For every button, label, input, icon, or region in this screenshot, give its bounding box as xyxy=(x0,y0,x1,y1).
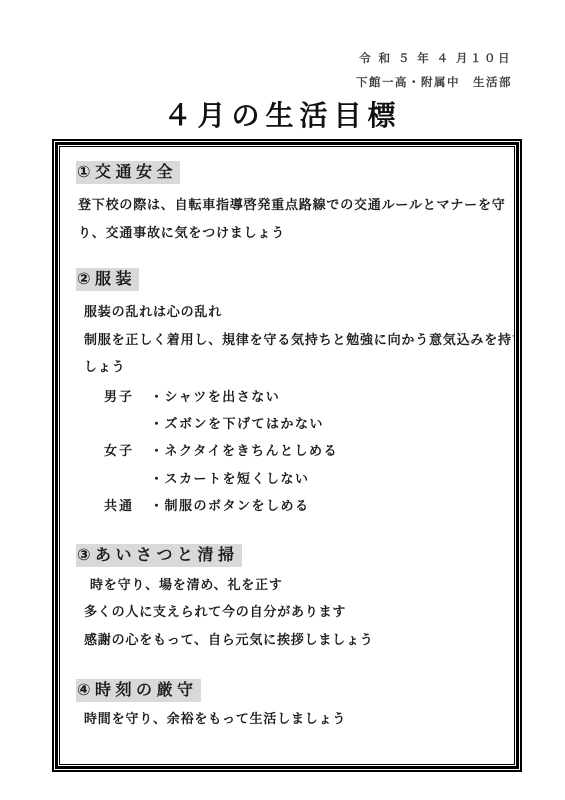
rule-text: ・ズボンを下げてはかない xyxy=(150,416,324,431)
section-punctuality: ④時刻の厳守 時間を守り、余裕をもって生活しましょう xyxy=(76,679,508,733)
section-text-line: 服装の乱れは心の乱れ xyxy=(76,298,508,326)
section-heading-punctuality: ④時刻の厳守 xyxy=(76,679,201,702)
section-traffic-safety: ①交通安全 登下校の際は、自転車指導啓発重点路線での交通ルールとマナーを守 り、… xyxy=(76,161,508,246)
rule-group-label: 女子 xyxy=(104,437,150,464)
section-text-line: 時間を守り、余裕をもって生活しましょう xyxy=(76,705,508,733)
section-heading-dress-code: ②服装 xyxy=(76,268,139,291)
content-frame: ①交通安全 登下校の際は、自転車指導啓発重点路線での交通ルールとマナーを守 り、… xyxy=(52,139,522,772)
rule-text: ・ネクタイをきちんとしめる xyxy=(150,443,338,458)
section-text-line: 時を守り、場を清め、礼を正す xyxy=(76,571,508,599)
page-title: ４月の生活目標 xyxy=(0,94,565,134)
section-text-line: り、交通事故に気をつけましょう xyxy=(76,219,508,247)
rule-text: ・制服のボタンをしめる xyxy=(150,498,310,513)
dress-rule-row: 共通・制服のボタンをしめる xyxy=(104,492,508,519)
rule-group-label: 共通 xyxy=(104,492,150,519)
dress-rule-row: 男子・シャツを出さない xyxy=(104,383,508,410)
rule-text: ・シャツを出さない xyxy=(150,389,280,404)
section-dress-code: ②服装 服装の乱れは心の乱れ 制服を正しく着用し、規律を守る気持ちと勉強に向かう… xyxy=(76,268,508,520)
frame-inner-border: ①交通安全 登下校の際は、自転車指導啓発重点路線での交通ルールとマナーを守 り、… xyxy=(59,146,515,765)
section-text-line: 多くの人に支えられて今の自分があります xyxy=(76,598,508,626)
rule-text: ・スカートを短くしない xyxy=(150,471,310,486)
section-text-line: しょう xyxy=(76,353,508,381)
organization-line: 下館一高・附属中 生活部 xyxy=(356,74,512,90)
date-line: 令 和 ５ 年 ４ 月１０日 xyxy=(356,50,512,66)
dress-rule-list: 男子・シャツを出さない ・ズボンを下げてはかない 女子・ネクタイをきちんとしめる… xyxy=(76,383,508,520)
section-greeting-cleaning: ③あいさつと清掃 時を守り、場を清め、礼を正す 多くの人に支えられて今の自分があ… xyxy=(76,544,508,654)
dress-rule-row: ・ズボンを下げてはかない xyxy=(104,410,508,437)
dress-rule-row: 女子・ネクタイをきちんとしめる xyxy=(104,437,508,464)
dress-rule-row: ・スカートを短くしない xyxy=(104,465,508,492)
document-page: 令 和 ５ 年 ４ 月１０日 下館一高・附属中 生活部 ４月の生活目標 ①交通安… xyxy=(0,0,565,800)
section-text-line: 感謝の心をもって、自ら元気に挨拶しましょう xyxy=(76,626,508,654)
section-heading-greeting-cleaning: ③あいさつと清掃 xyxy=(76,544,242,567)
section-text-line: 制服を正しく着用し、規律を守る気持ちと勉強に向かう意気込みを持ちま xyxy=(76,326,508,354)
frame-middle-border: ①交通安全 登下校の際は、自転車指導啓発重点路線での交通ルールとマナーを守 り、… xyxy=(55,142,519,769)
section-text-line: 登下校の際は、自転車指導啓発重点路線での交通ルールとマナーを守 xyxy=(76,191,508,219)
rule-group-label: 男子 xyxy=(104,383,150,410)
section-heading-traffic-safety: ①交通安全 xyxy=(76,161,180,184)
document-meta: 令 和 ５ 年 ４ 月１０日 下館一高・附属中 生活部 xyxy=(356,50,512,98)
